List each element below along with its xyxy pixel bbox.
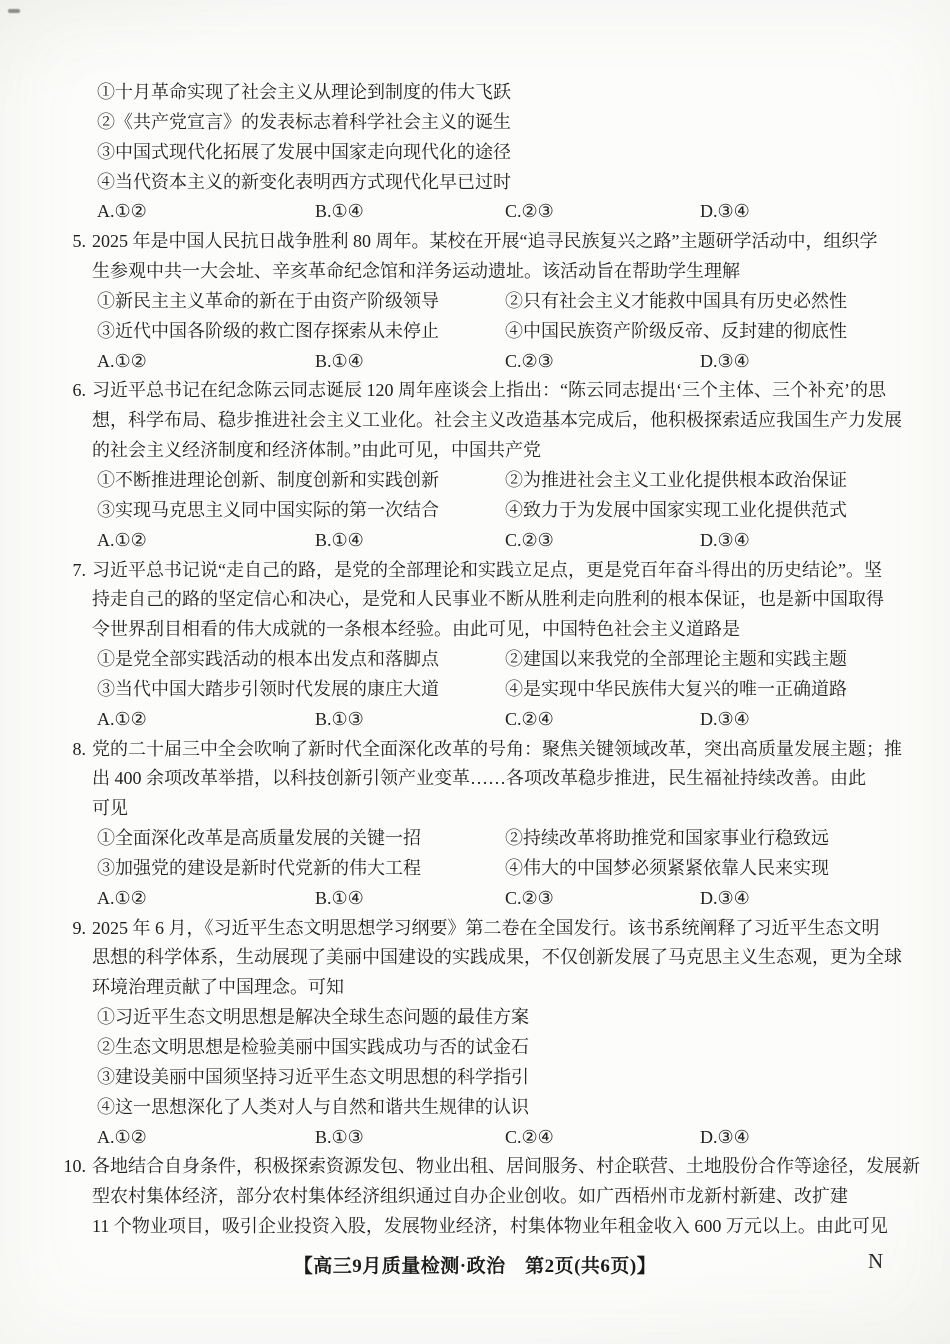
option-statement-right: ④致力于为发展中国家实现工业化提供范式 (505, 496, 847, 526)
option-statements-row: ①全面深化改革是高质量发展的关键一招②持续改革将助推党和国家事业行稳致远 (0, 824, 950, 854)
question-stem-continuation: 持走自己的路的坚定信心和决心，是党和人民事业不断从胜利走向胜利的根本保证，也是新… (0, 585, 950, 615)
answer-choice-b: B.①④ (315, 526, 364, 556)
answer-choices-row: A.①②B.①④C.②③D.③④ (0, 526, 950, 556)
answer-choice-b: B.①④ (315, 197, 364, 227)
question-stem-continuation: 思想的科学体系，生动展现了美丽中国建设的实践成果，不仅创新发展了马克思主义生态观… (0, 943, 950, 973)
answer-choice-a: A.①② (97, 1123, 147, 1153)
scan-corner-mark (8, 9, 20, 13)
question-stem-text: 2025 年是中国人民抗日战争胜利 80 周年。某校在开展“追寻民族复兴之路”主… (92, 227, 877, 257)
answer-choice-b: B.①③ (315, 705, 364, 735)
question-stem-text: 令世界刮目相看的伟大成就的一条根本经验。由此可见，中国特色社会主义道路是 (92, 615, 740, 645)
question-stem-line: 10.各地结合自身条件，积极探索资源发包、物业出租、居间服务、村企联营、土地股份… (0, 1152, 950, 1182)
option-statement-line: ②《共产党宣言》的发表标志着科学社会主义的诞生 (0, 108, 950, 138)
option-statement-line: ③中国式现代化拓展了发展中国家走向现代化的途径 (0, 138, 950, 168)
answer-choice-d: D.③④ (700, 347, 750, 377)
question-stem-text: 持走自己的路的坚定信心和决心，是党和人民事业不断从胜利走向胜利的根本保证，也是新… (92, 585, 884, 615)
option-statement-left: ③近代中国各阶级的救亡图存探索从未停止 (97, 317, 439, 347)
answer-choice-d: D.③④ (700, 884, 750, 914)
option-statement-right: ②建国以来我党的全部理论主题和实践主题 (505, 645, 847, 675)
option-statement-right: ④伟大的中国梦必须紧紧依靠人民来实现 (505, 854, 829, 884)
option-statement-line: ④这一思想深化了人类对人与自然和谐共生规律的认识 (0, 1093, 950, 1123)
option-statement-right: ②只有社会主义才能救中国具有历史必然性 (505, 287, 847, 317)
question-stem-continuation: 环境治理贡献了中国理念。可知 (0, 973, 950, 1003)
question-number: 5. (0, 227, 86, 257)
question-stem-text: 出 400 余项改革举措，以科技创新引领产业变革……各项改革稳步推进，民生福祉持… (92, 764, 866, 794)
answer-choice-c: C.②③ (505, 884, 554, 914)
answer-choice-a: A.①② (97, 705, 147, 735)
answer-choice-c: C.②③ (505, 347, 554, 377)
exam-content: ①十月革命实现了社会主义从理论到制度的伟大飞跃②《共产党宣言》的发表标志着科学社… (0, 78, 950, 1242)
option-statement-right: ④是实现中华民族伟大复兴的唯一正确道路 (505, 675, 847, 705)
question-stem-text: 各地结合自身条件，积极探索资源发包、物业出租、居间服务、村企联营、土地股份合作等… (92, 1152, 920, 1182)
question-stem-line: 9.2025 年 6 月，《习近平生态文明思想学习纲要》第二卷在全国发行。该书系… (0, 914, 950, 944)
option-statement-line: ③建设美丽中国须坚持习近平生态文明思想的科学指引 (0, 1063, 950, 1093)
question-stem-text: 思想的科学体系，生动展现了美丽中国建设的实践成果，不仅创新发展了马克思主义生态观… (92, 943, 902, 973)
question-stem-text: 习近平总书记说“走自己的路，是党的全部理论和实践立足点，更是党百年奋斗得出的历史… (92, 556, 882, 586)
answer-choice-c: C.②③ (505, 526, 554, 556)
option-statement: ③建设美丽中国须坚持习近平生态文明思想的科学指引 (97, 1063, 529, 1093)
question-stem-continuation: 令世界刮目相看的伟大成就的一条根本经验。由此可见，中国特色社会主义道路是 (0, 615, 950, 645)
answer-choice-c: C.②③ (505, 197, 554, 227)
option-statement: ④当代资本主义的新变化表明西方式现代化早已过时 (97, 168, 511, 198)
option-statements-row: ③加强党的建设是新时代党新的伟大工程④伟大的中国梦必须紧紧依靠人民来实现 (0, 854, 950, 884)
question-stem-text: 的社会主义经济制度和经济体制。”由此可见，中国共产党 (92, 436, 541, 466)
option-statements-row: ①不断推进理论创新、制度创新和实践创新②为推进社会主义工业化提供根本政治保证 (0, 466, 950, 496)
answer-choice-b: B.①③ (315, 1123, 364, 1153)
option-statement-left: ①新民主主义革命的新在于由资产阶级领导 (97, 287, 439, 317)
question-stem-continuation: 想，科学布局、稳步推进社会主义工业化。社会主义改造基本完成后，他积极探索适应我国… (0, 406, 950, 436)
question-number: 6. (0, 376, 86, 406)
page-footer-edition-mark: N (868, 1249, 883, 1274)
answer-choice-d: D.③④ (700, 705, 750, 735)
question-stem-continuation: 可见 (0, 794, 950, 824)
question-stem-text: 型农村集体经济，部分农村集体经济组织通过自办企业创收。如广西梧州市龙新村新建、改… (92, 1182, 848, 1212)
question-stem-continuation: 型农村集体经济，部分农村集体经济组织通过自办企业创收。如广西梧州市龙新村新建、改… (0, 1182, 950, 1212)
question-stem-continuation: 生参观中共一大会址、辛亥革命纪念馆和洋务运动遗址。该活动旨在帮助学生理解 (0, 257, 950, 287)
answer-choices-row: A.①②B.①④C.②③D.③④ (0, 347, 950, 377)
option-statement: ①十月革命实现了社会主义从理论到制度的伟大飞跃 (97, 78, 511, 108)
question-stem-text: 可见 (92, 794, 128, 824)
answer-choice-a: A.①② (97, 526, 147, 556)
question-stem-line: 6.习近平总书记在纪念陈云同志诞辰 120 周年座谈会上指出：“陈云同志提出‘三… (0, 376, 950, 406)
question-stem-text: 党的二十届三中全会吹响了新时代全面深化改革的号角：聚焦关键领域改革，突出高质量发… (92, 735, 902, 765)
question-stem-text: 环境治理贡献了中国理念。可知 (92, 973, 344, 1003)
option-statement: ④这一思想深化了人类对人与自然和谐共生规律的认识 (97, 1093, 529, 1123)
question-stem-line: 7.习近平总书记说“走自己的路，是党的全部理论和实践立足点，更是党百年奋斗得出的… (0, 556, 950, 586)
option-statement-right: ④中国民族资产阶级反帝、反封建的彻底性 (505, 317, 847, 347)
answer-choice-b: B.①④ (315, 884, 364, 914)
option-statements-row: ①新民主主义革命的新在于由资产阶级领导②只有社会主义才能救中国具有历史必然性 (0, 287, 950, 317)
question-stem-text: 习近平总书记在纪念陈云同志诞辰 120 周年座谈会上指出：“陈云同志提出‘三个主… (92, 376, 886, 406)
option-statement: ②《共产党宣言》的发表标志着科学社会主义的诞生 (97, 108, 511, 138)
option-statements-row: ①是党全部实践活动的根本出发点和落脚点②建国以来我党的全部理论主题和实践主题 (0, 645, 950, 675)
question-stem-text: 生参观中共一大会址、辛亥革命纪念馆和洋务运动遗址。该活动旨在帮助学生理解 (92, 257, 740, 287)
page-footer-caption: 【高三9月质量检测·政治 第2页(共6页)】 (0, 1251, 950, 1278)
question-number: 10. (0, 1152, 86, 1182)
answer-choice-a: A.①② (97, 197, 147, 227)
option-statement: ②生态文明思想是检验美丽中国实践成功与否的试金石 (97, 1033, 529, 1063)
option-statement-line: ①习近平生态文明思想是解决全球生态问题的最佳方案 (0, 1003, 950, 1033)
question-stem-text: 想，科学布局、稳步推进社会主义工业化。社会主义改造基本完成后，他积极探索适应我国… (92, 406, 902, 436)
question-stem-continuation: 出 400 余项改革举措，以科技创新引领产业变革……各项改革稳步推进，民生福祉持… (0, 764, 950, 794)
answer-choice-b: B.①④ (315, 347, 364, 377)
option-statement-left: ①不断推进理论创新、制度创新和实践创新 (97, 466, 439, 496)
option-statements-row: ③近代中国各阶级的救亡图存探索从未停止④中国民族资产阶级反帝、反封建的彻底性 (0, 317, 950, 347)
option-statement-left: ③当代中国大踏步引领时代发展的康庄大道 (97, 675, 439, 705)
answer-choices-row: A.①②B.①③C.②④D.③④ (0, 1123, 950, 1153)
exam-paper-page: ①十月革命实现了社会主义从理论到制度的伟大飞跃②《共产党宣言》的发表标志着科学社… (0, 0, 950, 1344)
answer-choices-row: A.①②B.①④C.②③D.③④ (0, 884, 950, 914)
question-stem-continuation: 11 个物业项目，吸引企业投资入股，发展物业经济，村集体物业年租金收入 600 … (0, 1212, 950, 1242)
question-stem-line: 5.2025 年是中国人民抗日战争胜利 80 周年。某校在开展“追寻民族复兴之路… (0, 227, 950, 257)
option-statement-left: ①全面深化改革是高质量发展的关键一招 (97, 824, 421, 854)
option-statements-row: ③实现马克思主义同中国实际的第一次结合④致力于为发展中国家实现工业化提供范式 (0, 496, 950, 526)
question-stem-text: 11 个物业项目，吸引企业投资入股，发展物业经济，村集体物业年租金收入 600 … (92, 1212, 888, 1242)
question-number: 8. (0, 735, 86, 765)
option-statement-line: ④当代资本主义的新变化表明西方式现代化早已过时 (0, 168, 950, 198)
option-statement: ③中国式现代化拓展了发展中国家走向现代化的途径 (97, 138, 511, 168)
option-statement-line: ②生态文明思想是检验美丽中国实践成功与否的试金石 (0, 1033, 950, 1063)
question-stem-text: 2025 年 6 月，《习近平生态文明思想学习纲要》第二卷在全国发行。该书系统阐… (92, 914, 880, 944)
answer-choice-a: A.①② (97, 347, 147, 377)
question-number: 7. (0, 556, 86, 586)
option-statement-left: ①是党全部实践活动的根本出发点和落脚点 (97, 645, 439, 675)
option-statement-right: ②持续改革将助推党和国家事业行稳致远 (505, 824, 829, 854)
answer-choice-c: C.②④ (505, 1123, 554, 1153)
option-statement-line: ①十月革命实现了社会主义从理论到制度的伟大飞跃 (0, 78, 950, 108)
option-statement-left: ③加强党的建设是新时代党新的伟大工程 (97, 854, 421, 884)
answer-choice-c: C.②④ (505, 705, 554, 735)
option-statement-right: ②为推进社会主义工业化提供根本政治保证 (505, 466, 847, 496)
answer-choice-d: D.③④ (700, 1123, 750, 1153)
answer-choices-row: A.①②B.①③C.②④D.③④ (0, 705, 950, 735)
question-stem-line: 8.党的二十届三中全会吹响了新时代全面深化改革的号角：聚焦关键领域改革，突出高质… (0, 735, 950, 765)
option-statement: ①习近平生态文明思想是解决全球生态问题的最佳方案 (97, 1003, 529, 1033)
question-stem-continuation: 的社会主义经济制度和经济体制。”由此可见，中国共产党 (0, 436, 950, 466)
answer-choice-a: A.①② (97, 884, 147, 914)
question-number: 9. (0, 914, 86, 944)
answer-choice-d: D.③④ (700, 197, 750, 227)
answer-choices-row: A.①②B.①④C.②③D.③④ (0, 197, 950, 227)
option-statement-left: ③实现马克思主义同中国实际的第一次结合 (97, 496, 439, 526)
option-statements-row: ③当代中国大踏步引领时代发展的康庄大道④是实现中华民族伟大复兴的唯一正确道路 (0, 675, 950, 705)
answer-choice-d: D.③④ (700, 526, 750, 556)
